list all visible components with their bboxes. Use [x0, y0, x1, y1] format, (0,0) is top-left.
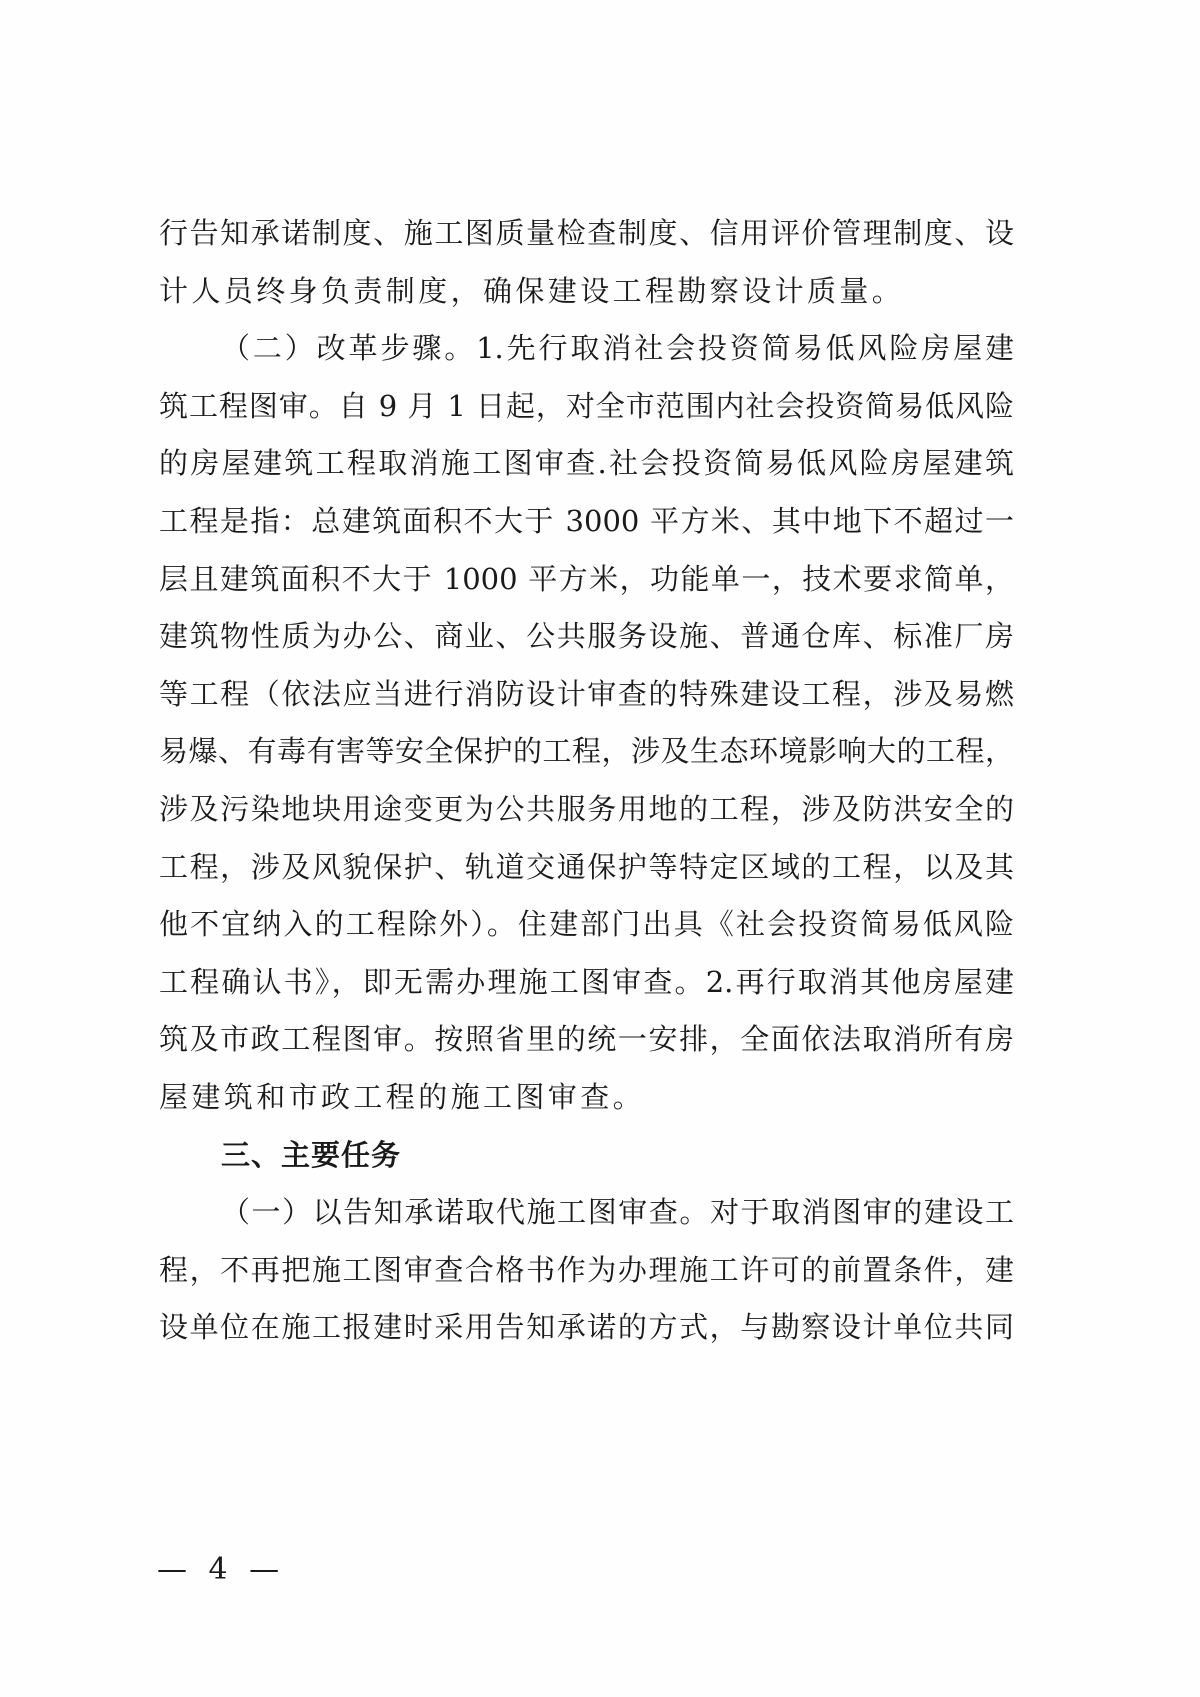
page-number: — 4 — — [157, 1552, 285, 1587]
text-line: 计人员终身负责制度，确保建设工程勘察设计质量。 — [159, 263, 1014, 321]
text-line: 工程是指：总建筑面积不大于 3000 平方米、其中地下不超过一 — [159, 493, 1014, 551]
text-line: 涉及污染地块用途变更为公共服务用地的工程，涉及防洪安全的 — [159, 781, 1014, 839]
paragraph-reform-steps: （二）改革步骤。1.先行取消社会投资简易低风险房屋建 — [159, 320, 1014, 378]
text-line: 他不宜纳入的工程除外）。住建部门出具《社会投资简易低风险 — [159, 896, 1014, 954]
text-line: 易爆、有毒有害等安全保护的工程，涉及生态环境影响大的工程， — [159, 723, 1014, 781]
text-line: 的房屋建筑工程取消施工图审查.社会投资简易低风险房屋建筑 — [159, 435, 1014, 493]
text-line: 工程确认书》，即无需办理施工图审查。2.再行取消其他房屋建 — [159, 954, 1014, 1012]
text-line: 层且建筑面积不大于 1000 平方米，功能单一，技术要求简单， — [159, 551, 1014, 609]
text-line: 筑及市政工程图审。按照省里的统一安排，全面依法取消所有房 — [159, 1011, 1014, 1069]
text-line: 工程，涉及风貌保护、轨道交通保护等特定区域的工程，以及其 — [159, 839, 1014, 897]
text-line: 等工程（依法应当进行消防设计审查的特殊建设工程，涉及易燃 — [159, 666, 1014, 724]
text-line: 程，不再把施工图审查合格书作为办理施工许可的前置条件，建 — [159, 1242, 1014, 1300]
text-line: 建筑物性质为办公、商业、公共服务设施、普通仓库、标准厂房 — [159, 608, 1014, 666]
text-line: 筑工程图审。自 9 月 1 日起，对全市范围内社会投资简易低风险 — [159, 378, 1014, 436]
paragraph-commitment: （一）以告知承诺取代施工图审查。对于取消图审的建设工 — [159, 1184, 1014, 1242]
section-heading: 三、主要任务 — [159, 1127, 1014, 1185]
document-page: 行告知承诺制度、施工图质量检查制度、信用评价管理制度、设 计人员终身负责制度，确… — [0, 0, 1200, 1697]
text-line: 行告知承诺制度、施工图质量检查制度、信用评价管理制度、设 — [159, 205, 1014, 263]
text-line: 屋建筑和市政工程的施工图审查。 — [159, 1069, 1014, 1127]
text-line: 设单位在施工报建时采用告知承诺的方式，与勘察设计单位共同 — [159, 1299, 1014, 1357]
body-text: 行告知承诺制度、施工图质量检查制度、信用评价管理制度、设 计人员终身负责制度，确… — [159, 205, 1014, 1357]
